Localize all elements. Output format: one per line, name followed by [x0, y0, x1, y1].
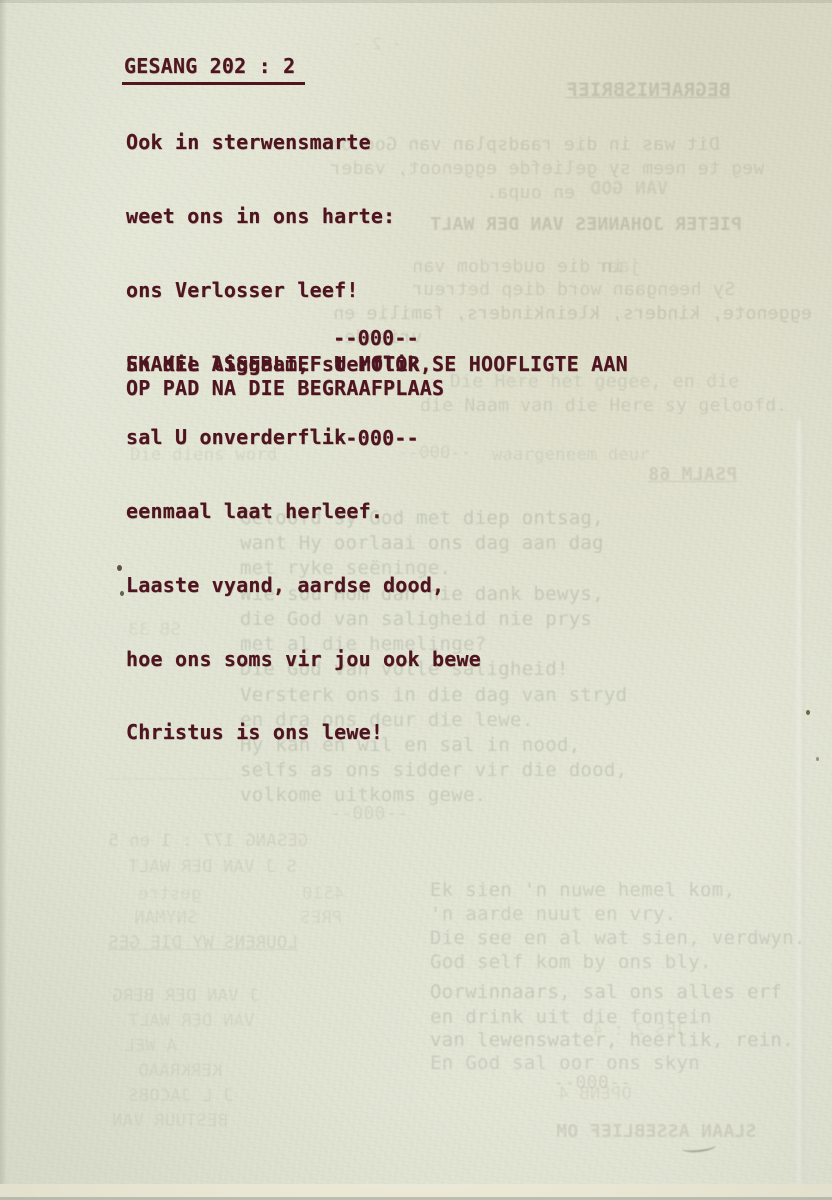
hymn-line: Ook in sterwensmarte: [126, 130, 481, 155]
section-separator: --000--: [126, 326, 626, 351]
ghost-line: SNYMAN: [134, 908, 197, 928]
paper-crease: [795, 420, 804, 1200]
ghost-line: S J VAN DER WALT: [128, 857, 297, 877]
scanned-funeral-letter-page: - 2 -BEGRAFNISBRIEFDit was in die raadsp…: [0, 0, 832, 1200]
scan-band-bottom: [0, 1184, 832, 1197]
ghost-line: PSALM 68: [648, 464, 737, 485]
ghost-line: SLAAN ASSEBLIEF OM: [556, 1121, 756, 1142]
ghost-line: BESTUUR VAN: [112, 1111, 228, 1131]
ghost-line: God self kom by ons bly.: [430, 951, 712, 973]
ghost-line: - 2 -: [352, 34, 402, 53]
ghost-line: jaar: [596, 256, 641, 277]
ink-speck: [117, 565, 122, 571]
pen-squiggle: [682, 1140, 717, 1153]
ghost-line: VAN GOD: [590, 178, 668, 199]
ink-speck: [806, 710, 810, 715]
headlights-notice-line2: OP PAD NA DIE BEGRAAFPLAAS: [126, 376, 444, 401]
ghost-line: en drink uit die fontein: [430, 1006, 712, 1028]
ghost-line: En God sal oor ons skyn: [430, 1052, 700, 1074]
ghost-line: OPENB 4: [558, 1084, 632, 1104]
ink-speck: [816, 757, 819, 761]
ghost-line: BEGRAFNISBRIEF: [566, 79, 730, 101]
hymn-line: Christus is ons lewe!: [126, 720, 481, 745]
ghost-line: --000--: [553, 1072, 631, 1093]
hymn-heading-text: GESANG 202 : 2: [122, 54, 305, 85]
ink-speck: [120, 591, 124, 596]
hymn-line: Laaste vyand, aardse dood,: [126, 573, 481, 598]
ghost-line: 'n aarde nuut en vry.: [430, 903, 677, 925]
ghost-line: LOURENS WY DIE GES: [108, 933, 298, 953]
ghost-line: 4510: [302, 884, 344, 904]
ghost-line: KERKRAAD: [138, 1061, 222, 1081]
ghost-line: JES 2 : 4: [592, 1020, 687, 1040]
ghost-line: GESANG 177 : 1 en 5: [108, 831, 308, 851]
ghost-line: gestre: [138, 884, 201, 904]
scan-edge-top: [0, 0, 832, 3]
ghost-line: --000--: [330, 803, 408, 824]
ghost-line: Oorwinnaars, sal ons alles erf: [430, 981, 782, 1003]
ghost-line: VAN DER WALT: [128, 1011, 254, 1031]
headlights-notice-line1: SKAKEL ASSEBLIEF U MOTOR SE HOOFLIGTE AA…: [126, 352, 628, 377]
ghost-line: Ek sien 'n nuwe hemel kom,: [430, 879, 735, 901]
hymn-line: weet ons in ons harte:: [126, 204, 481, 229]
hymn-line: ons Verlosser leef!: [126, 278, 481, 303]
hymn-line: eenmaal laat herleef.: [126, 499, 481, 524]
ghost-line: van lewenswater, heerlik, rein.: [430, 1029, 794, 1051]
ghost-line: J L JACOBS: [128, 1086, 233, 1106]
ghost-line: J VAN DER BERG: [112, 986, 260, 1006]
section-separator: --000--: [126, 426, 626, 451]
ghost-line: en oupa.: [486, 182, 575, 203]
hymn-heading: GESANG 202 : 2: [124, 54, 305, 85]
scan-edge-left: [0, 0, 7, 1200]
ghost-line: Die see en al wat sien, verdwyn.: [430, 927, 806, 949]
hymn-line: hoe ons soms vir jou ook bewe: [126, 647, 481, 672]
ghost-line: A WEL: [124, 1036, 177, 1056]
ghost-line: PRES: [300, 908, 342, 928]
